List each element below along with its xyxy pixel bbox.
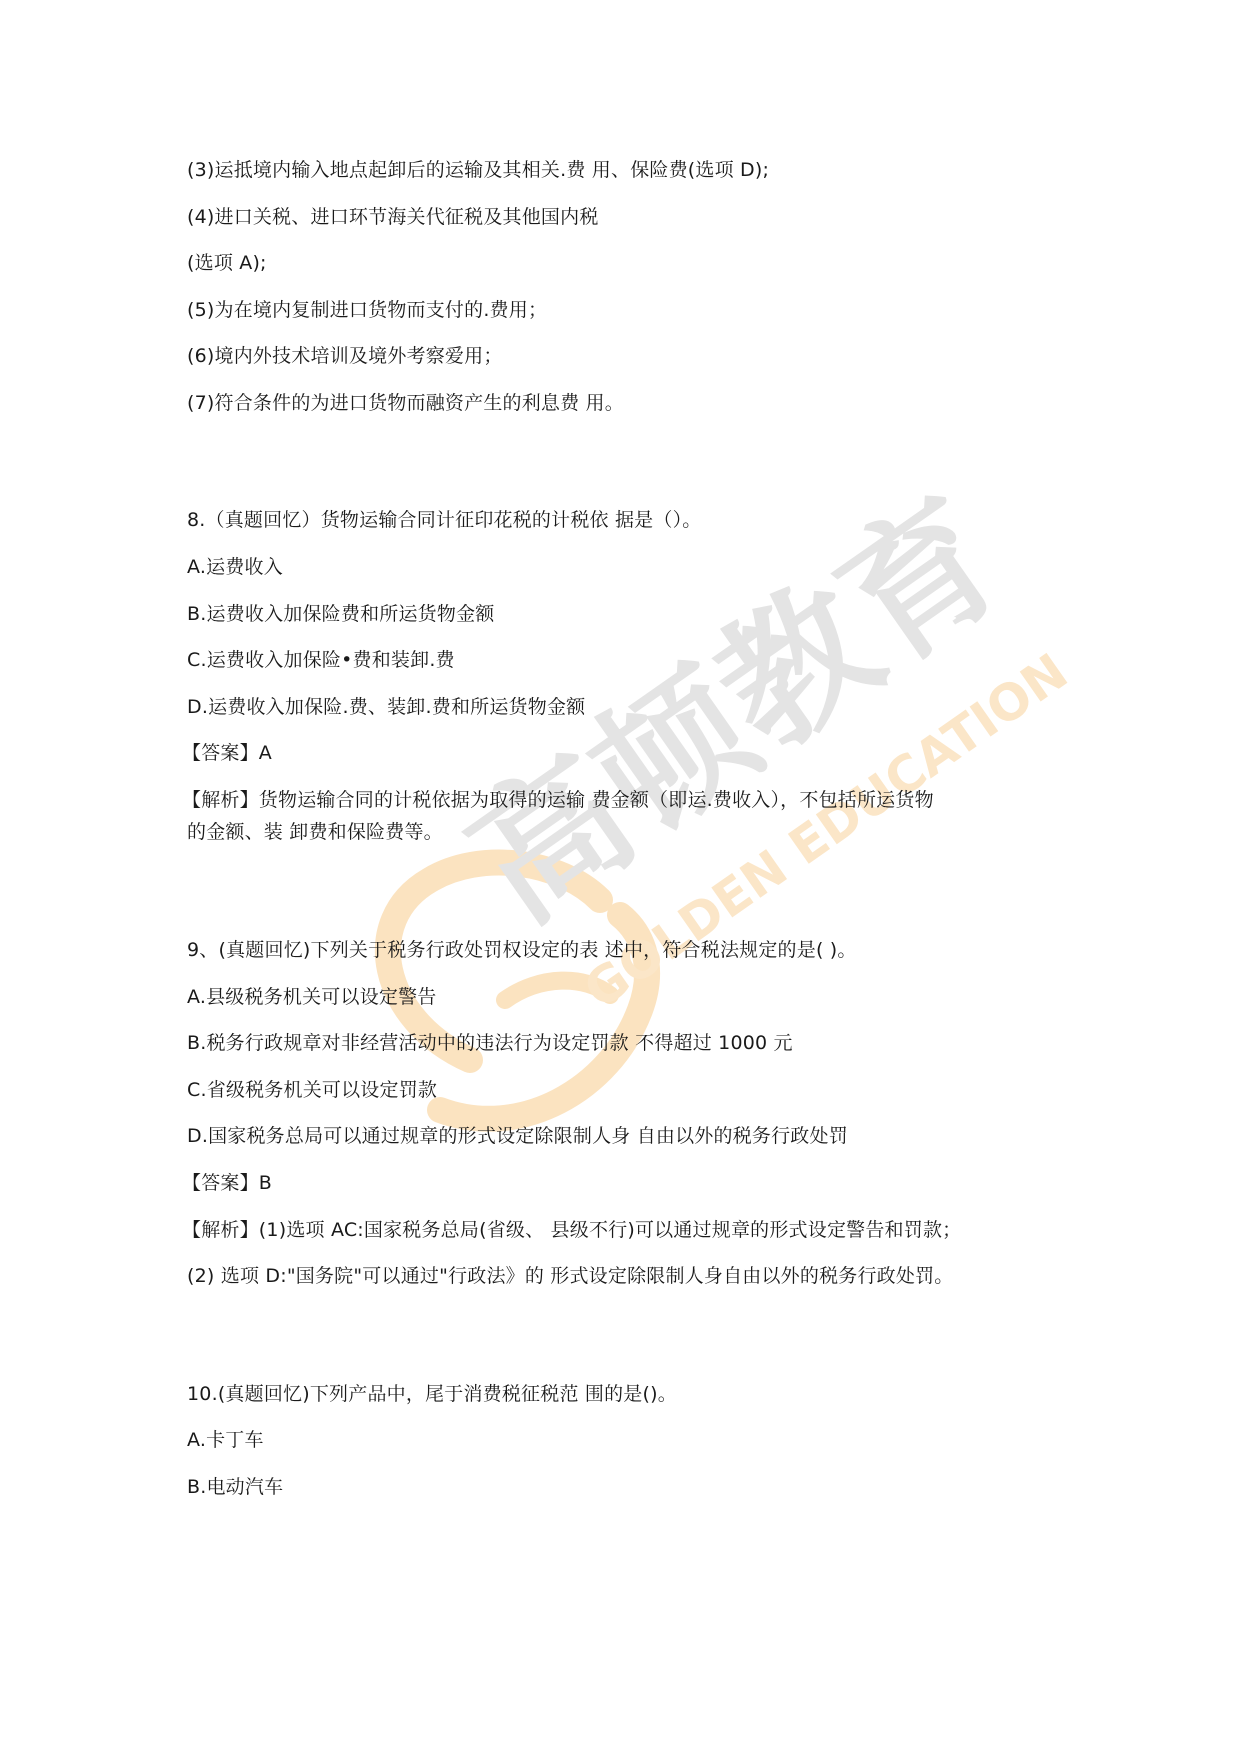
analysis-text: (2) 选项 D:"国务院"可以通过"行政法》的 形式设定除限制人身自由以外的税… bbox=[187, 1264, 953, 1288]
list-item: (4)进口关税、进口环节海关代征税及其他国内税 bbox=[187, 205, 599, 229]
question-option: B.税务行政规章对非经营活动中的违法行为设定罚款 不得超过 1000 元 bbox=[187, 1031, 793, 1055]
analysis-text: 【解析】(1)选项 AC:国家税务总局(省级、 县级不行)可以通过规章的形式设定… bbox=[182, 1218, 961, 1242]
question-option: A.卡丁车 bbox=[187, 1428, 264, 1452]
question-option: A.县级税务机关可以设定警告 bbox=[187, 985, 437, 1009]
analysis-text: 【解析】货物运输合同的计税依据为取得的运输 费金额（即运.费收入），不包括所运货… bbox=[182, 788, 934, 812]
question-stem: 10.(真题回忆)下列产品中，尾于消费税征税范 围的是()。 bbox=[187, 1382, 677, 1406]
analysis-text: 的金额、装 卸费和保险费等。 bbox=[187, 820, 443, 844]
question-option: B.运费收入加保险费和所运货物金额 bbox=[187, 602, 494, 626]
answer-label: 【答案】B bbox=[182, 1171, 272, 1195]
question-option: C.运费收入加保险•费和装卸.费 bbox=[187, 648, 455, 672]
question-stem: 8.（真题回忆）货物运输合同计征印花税的计税依 据是（）。 bbox=[187, 508, 701, 532]
question-option: C.省级税务机关可以设定罚款 bbox=[187, 1078, 437, 1102]
list-item: (选项 A); bbox=[187, 251, 267, 275]
question-stem: 9、(真题回忆)下列关于税务行政处罚权设定的表 述中，符合税法规定的是( )。 bbox=[187, 938, 857, 962]
question-option: D.运费收入加保险.费、装卸.费和所运货物金额 bbox=[187, 695, 585, 719]
list-item: (7)符合条件的为进口货物而融资产生的利息费 用。 bbox=[187, 391, 624, 415]
list-item: (5)为在境内复制进口货物而支付的.费用； bbox=[187, 298, 547, 322]
question-option: A.运费收入 bbox=[187, 555, 283, 579]
answer-label: 【答案】A bbox=[182, 741, 272, 765]
list-item: (6)境内外技术培训及境外考察爱用； bbox=[187, 344, 503, 368]
list-item: (3)运抵境内输入地点起卸后的运输及其相关.费 用、保险费(选项 D); bbox=[187, 158, 769, 182]
watermark-brand-en: GOLDEN EDUCATION bbox=[574, 642, 1078, 1019]
document-page: 高顿教育 GOLDEN EDUCATION (3)运抵境内输入地点起卸后的运输及… bbox=[0, 0, 1242, 1757]
question-option: B.电动汽车 bbox=[187, 1475, 283, 1499]
question-option: D.国家税务总局可以通过规章的形式设定除限制人身 自由以外的税务行政处罚 bbox=[187, 1124, 848, 1148]
